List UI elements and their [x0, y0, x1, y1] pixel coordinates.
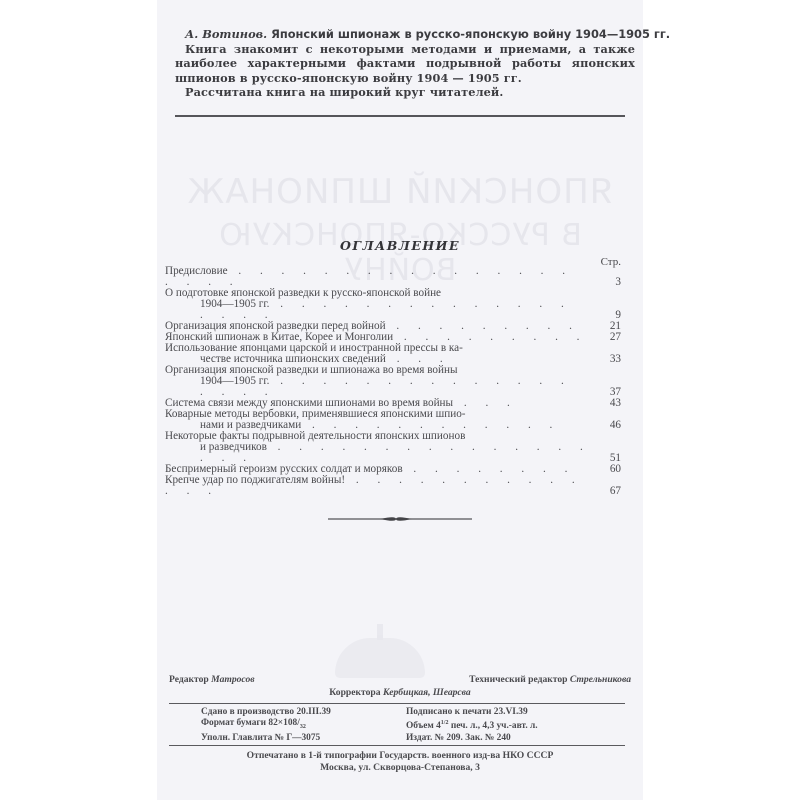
- toc-entry: Коварные методы вербовки, применявшиеся …: [165, 409, 621, 431]
- printer-info: Отпечатано в 1-й типографии Государств. …: [157, 750, 643, 773]
- toc-page-number: 46: [593, 420, 621, 431]
- annotation-paragraph: Книга знакомит с некоторыми методами и п…: [175, 42, 635, 86]
- imprint-signed: Подписано к печати 23.VI.39: [406, 707, 601, 718]
- ornament-divider-icon: [328, 514, 472, 524]
- imprint-submitted: Сдано в производство 20.III.39: [201, 707, 406, 718]
- toc-entry: Организация японской разведки и шпионажа…: [165, 365, 621, 398]
- proofreaders-credit: Корректора Кербицкая, Шеарсва: [169, 686, 631, 699]
- annotation-audience: Рассчитана книга на широкий круг читател…: [175, 85, 635, 100]
- imprint-glavlit: Уполн. Главлита № Г—3075: [201, 733, 406, 744]
- toc-entry: Крепче удар по поджигателям войны! . . .…: [165, 475, 621, 497]
- divider-rule: [169, 745, 625, 746]
- toc-heading: ОГЛАВЛЕНИЕ: [157, 238, 643, 253]
- annotation-block: А. Вотинов. Японский шпионаж в русско-яп…: [175, 27, 635, 100]
- toc-entry: Некоторые факты подрывной деятельности я…: [165, 431, 621, 464]
- toc-page-number: 43: [593, 398, 621, 409]
- show-through-title-line1: ЯПОНСКИЙ ШПИОНАЖ: [157, 172, 643, 212]
- printer-line: Отпечатано в 1-й типографии Государств. …: [157, 750, 643, 762]
- imprint-paper-format: Формат бумаги 82×108/32: [201, 718, 406, 733]
- toc-page-number: 27: [593, 332, 621, 343]
- divider-rule: [175, 115, 625, 117]
- toc-page-number: 67: [593, 486, 621, 497]
- annotation-author: А. Вотинов.: [185, 27, 267, 41]
- imprint-volume: Объем 41/2 печ. л., 4,3 уч.-авт. л.: [406, 718, 601, 733]
- book-page: ЯПОНСКИЙ ШПИОНАЖ В РУССКО-ЯПОНСКУЮ ВОЙНУ…: [157, 0, 643, 800]
- toc-page-number: 3: [593, 277, 621, 288]
- show-through-emblem-icon: [335, 638, 425, 678]
- editor-credit: Редактор Матросов: [169, 673, 255, 686]
- printer-address: Москва, ул. Скворцова-Степанова, 3: [157, 762, 643, 774]
- annotation-title-line: А. Вотинов. Японский шпионаж в русско-яп…: [175, 27, 635, 42]
- table-of-contents: Предисловие . . . . . . . . . . . . . . …: [165, 266, 621, 497]
- toc-page-number: 33: [593, 354, 621, 365]
- credits-block: Редактор Матросов Технический редактор С…: [169, 673, 631, 699]
- imprint-block: Сдано в производство 20.III.39 Подписано…: [201, 707, 601, 744]
- toc-page-number: 60: [593, 464, 621, 475]
- toc-entry: Предисловие . . . . . . . . . . . . . . …: [165, 266, 621, 288]
- tech-editor-credit: Технический редактор Стрельникова: [469, 673, 631, 686]
- imprint-publisher-number: Издат. № 209. Зак. № 240: [406, 733, 601, 744]
- annotation-book-title: Японский шпионаж в русско-японскую войну…: [271, 27, 670, 41]
- toc-entry: Использование японцами царской и иностра…: [165, 343, 621, 365]
- divider-rule: [169, 703, 625, 704]
- toc-entry: О подготовке японской разведки к русско-…: [165, 288, 621, 321]
